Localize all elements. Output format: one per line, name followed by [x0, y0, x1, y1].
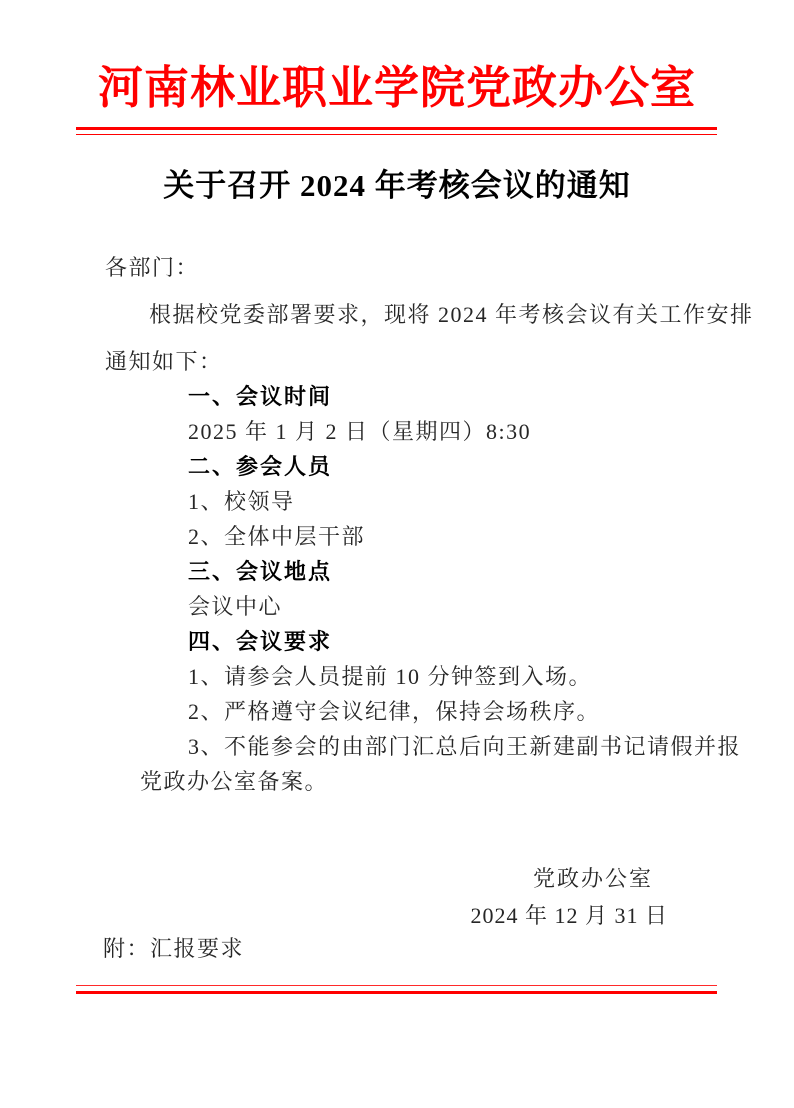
intro-line: 根据校党委部署要求，现将 2024 年考核会议有关工作安排 [105, 291, 701, 338]
section-item-meeting-time: 2025 年 1 月 2 日（星期四）8:30 [140, 414, 701, 449]
section-item-attendees-2: 2、全体中层干部 [140, 519, 701, 554]
section-item-requirement-2: 2、严格遵守会议纪律，保持会场秩序。 [140, 694, 701, 729]
section-item-attendees-1: 1、校领导 [140, 484, 701, 519]
section-heading-meeting-time: 一、会议时间 [140, 379, 701, 414]
signature-date: 2024 年 12 月 31 日 [470, 899, 668, 930]
footer-divider-thick [76, 991, 717, 994]
section-heading-location: 三、会议地点 [140, 554, 701, 589]
signature-unit: 党政办公室 [533, 862, 653, 893]
section-item-requirement-1: 1、请参会人员提前 10 分钟签到入场。 [140, 659, 701, 694]
intro-line: 通知如下： [105, 338, 701, 385]
letterhead-divider-thin [76, 134, 717, 135]
document-body: 各部门： 根据校党委部署要求，现将 2024 年考核会议有关工作安排 通知如下：… [105, 244, 701, 799]
sections-block: 一、会议时间 2025 年 1 月 2 日（星期四）8:30 二、参会人员 1、… [140, 379, 701, 799]
footer-divider-thin [76, 985, 717, 986]
salutation: 各部门： [105, 244, 701, 291]
section-item-requirement-3: 3、不能参会的由部门汇总后向王新建副书记请假并报 [140, 729, 701, 764]
attachment-note: 附：汇报要求 [103, 931, 244, 966]
section-item-location: 会议中心 [140, 589, 701, 624]
section-heading-attendees: 二、参会人员 [140, 449, 701, 484]
letterhead-org-name: 河南林业职业学院党政办公室 [0, 62, 794, 114]
section-heading-requirements: 四、会议要求 [140, 624, 701, 659]
letterhead-divider-thick [76, 127, 717, 130]
section-item-requirement-3-continuation: 党政办公室备案。 [140, 764, 701, 799]
document-title: 关于召开 2024 年考核会议的通知 [0, 163, 794, 209]
document-page: 河南林业职业学院党政办公室 关于召开 2024 年考核会议的通知 各部门： 根据… [0, 0, 794, 1108]
